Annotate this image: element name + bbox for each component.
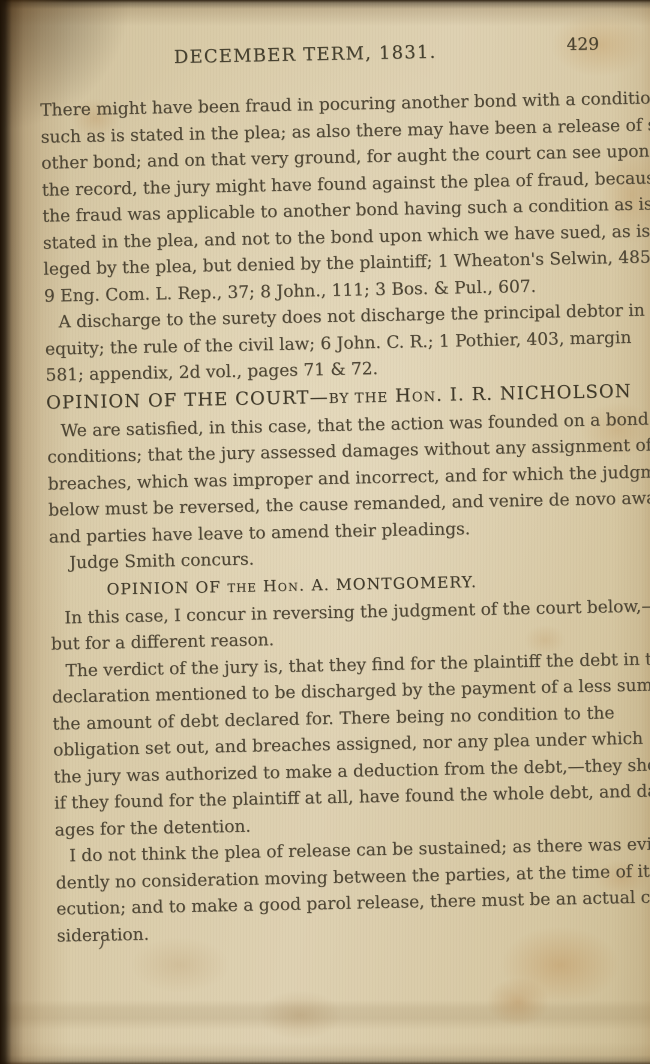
page-number: 429 bbox=[566, 34, 599, 55]
heading-by-the: BY THE bbox=[329, 389, 389, 406]
paragraph-verdict: The verdict of the jury is, that they fi… bbox=[51, 647, 617, 844]
heading-honorific: Hon. bbox=[395, 384, 443, 406]
heading-honorific: Hon. bbox=[263, 576, 306, 595]
heading-judge-name: I. R. NICHOLSON bbox=[450, 380, 632, 405]
heading-main: OPINION OF bbox=[106, 578, 221, 598]
paragraph-release-plea: I do not think the plea of release can b… bbox=[55, 832, 619, 949]
book-page-scan: DECEMBER TERM, 1831. 429 There might hav… bbox=[0, 0, 650, 1064]
heading-judge-name: A. MONTGOMERY. bbox=[311, 573, 477, 594]
running-head-title: DECEMBER TERM, 1831. bbox=[174, 41, 467, 68]
heading-the: THE bbox=[227, 580, 257, 595]
paragraph-fraud-bond: There might have been fraud in pocuring … bbox=[40, 86, 606, 309]
paragraph-surety-discharge: A discharge to the surety does not disch… bbox=[44, 298, 607, 389]
heading-main: OPINION OF THE COURT— bbox=[46, 386, 329, 413]
page-header: DECEMBER TERM, 1831. 429 bbox=[39, 38, 601, 73]
page-content: DECEMBER TERM, 1831. 429 There might hav… bbox=[39, 38, 619, 949]
paragraph-court-opinion: We are satisfied, in this case, that the… bbox=[46, 407, 611, 551]
